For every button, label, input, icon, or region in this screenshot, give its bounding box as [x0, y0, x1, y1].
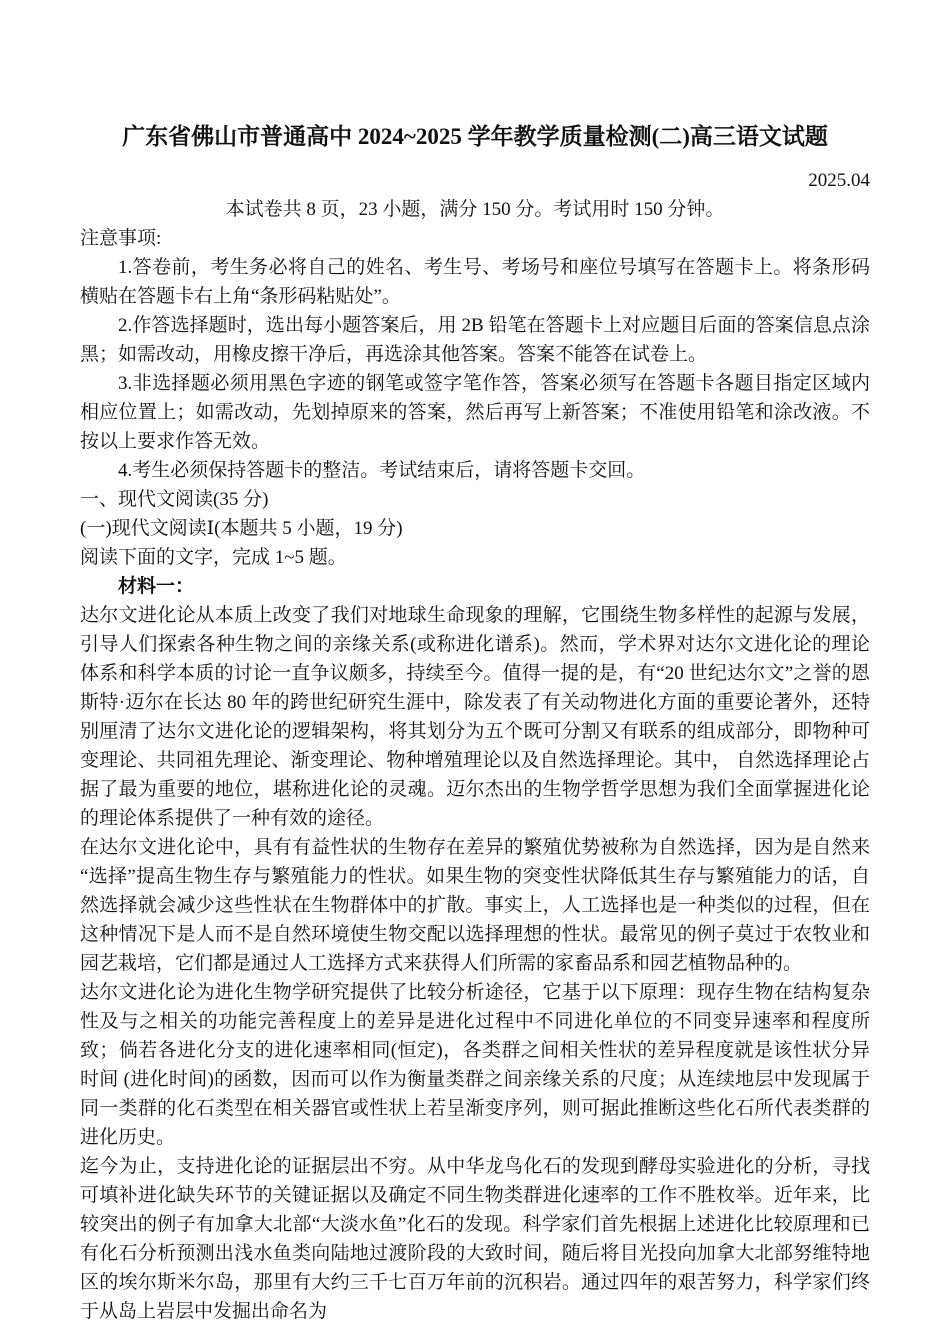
subsection-heading: (一)现代文阅读Ⅰ(本题共 5 小题，19 分) [80, 514, 870, 543]
body-paragraph: 达尔文进化论为进化生物学研究提供了比较分析途径，它基于以下原理：现存生物在结构复… [80, 978, 870, 1152]
material-label: 材料一： [80, 572, 870, 601]
exam-info-line: 本试卷共 8 页，23 小题，满分 150 分。考试用时 150 分钟。 [80, 195, 870, 224]
notice-item: 2.作答选择题时，选出每小题答案后，用 2B 铅笔在答题卡上对应题目后面的答案信… [80, 311, 870, 369]
document-body: 注意事项: 1.答卷前，考生务必将自己的姓名、考生号、考场号和座位号填写在答题卡… [80, 224, 870, 1326]
notice-heading: 注意事项: [80, 224, 870, 253]
notice-item: 4.考生必须保持答题卡的整洁。考试结束后，请将答题卡交回。 [80, 456, 870, 485]
exam-paper-page: 广东省佛山市普通高中 2024~2025 学年教学质量检测(二)高三语文试题 2… [0, 0, 950, 1344]
section-heading: 一、现代文阅读(35 分) [80, 485, 870, 514]
notice-item: 3.非选择题必须用黑色字迹的钢笔或签字笔作答，答案必须写在答题卡各题目指定区域内… [80, 369, 870, 456]
notice-item: 1.答卷前，考生务必将自己的姓名、考生号、考场号和座位号填写在答题卡上。将条形码… [80, 253, 870, 311]
body-paragraph: 达尔文进化论从本质上改变了我们对地球生命现象的理解，它围绕生物多样性的起源与发展… [80, 601, 870, 833]
page-title: 广东省佛山市普通高中 2024~2025 学年教学质量检测(二)高三语文试题 [80, 122, 870, 152]
body-paragraph: 迄今为止，支持进化论的证据层出不穷。从中华龙鸟化石的发现到酵母实验进化的分析，寻… [80, 1152, 870, 1326]
body-paragraph: 在达尔文进化论中，具有有益性状的生物存在差异的繁殖优势被称为自然选择，因为是自然… [80, 833, 870, 978]
exam-date: 2025.04 [80, 166, 870, 195]
reading-instruction: 阅读下面的文字，完成 1~5 题。 [80, 543, 870, 572]
